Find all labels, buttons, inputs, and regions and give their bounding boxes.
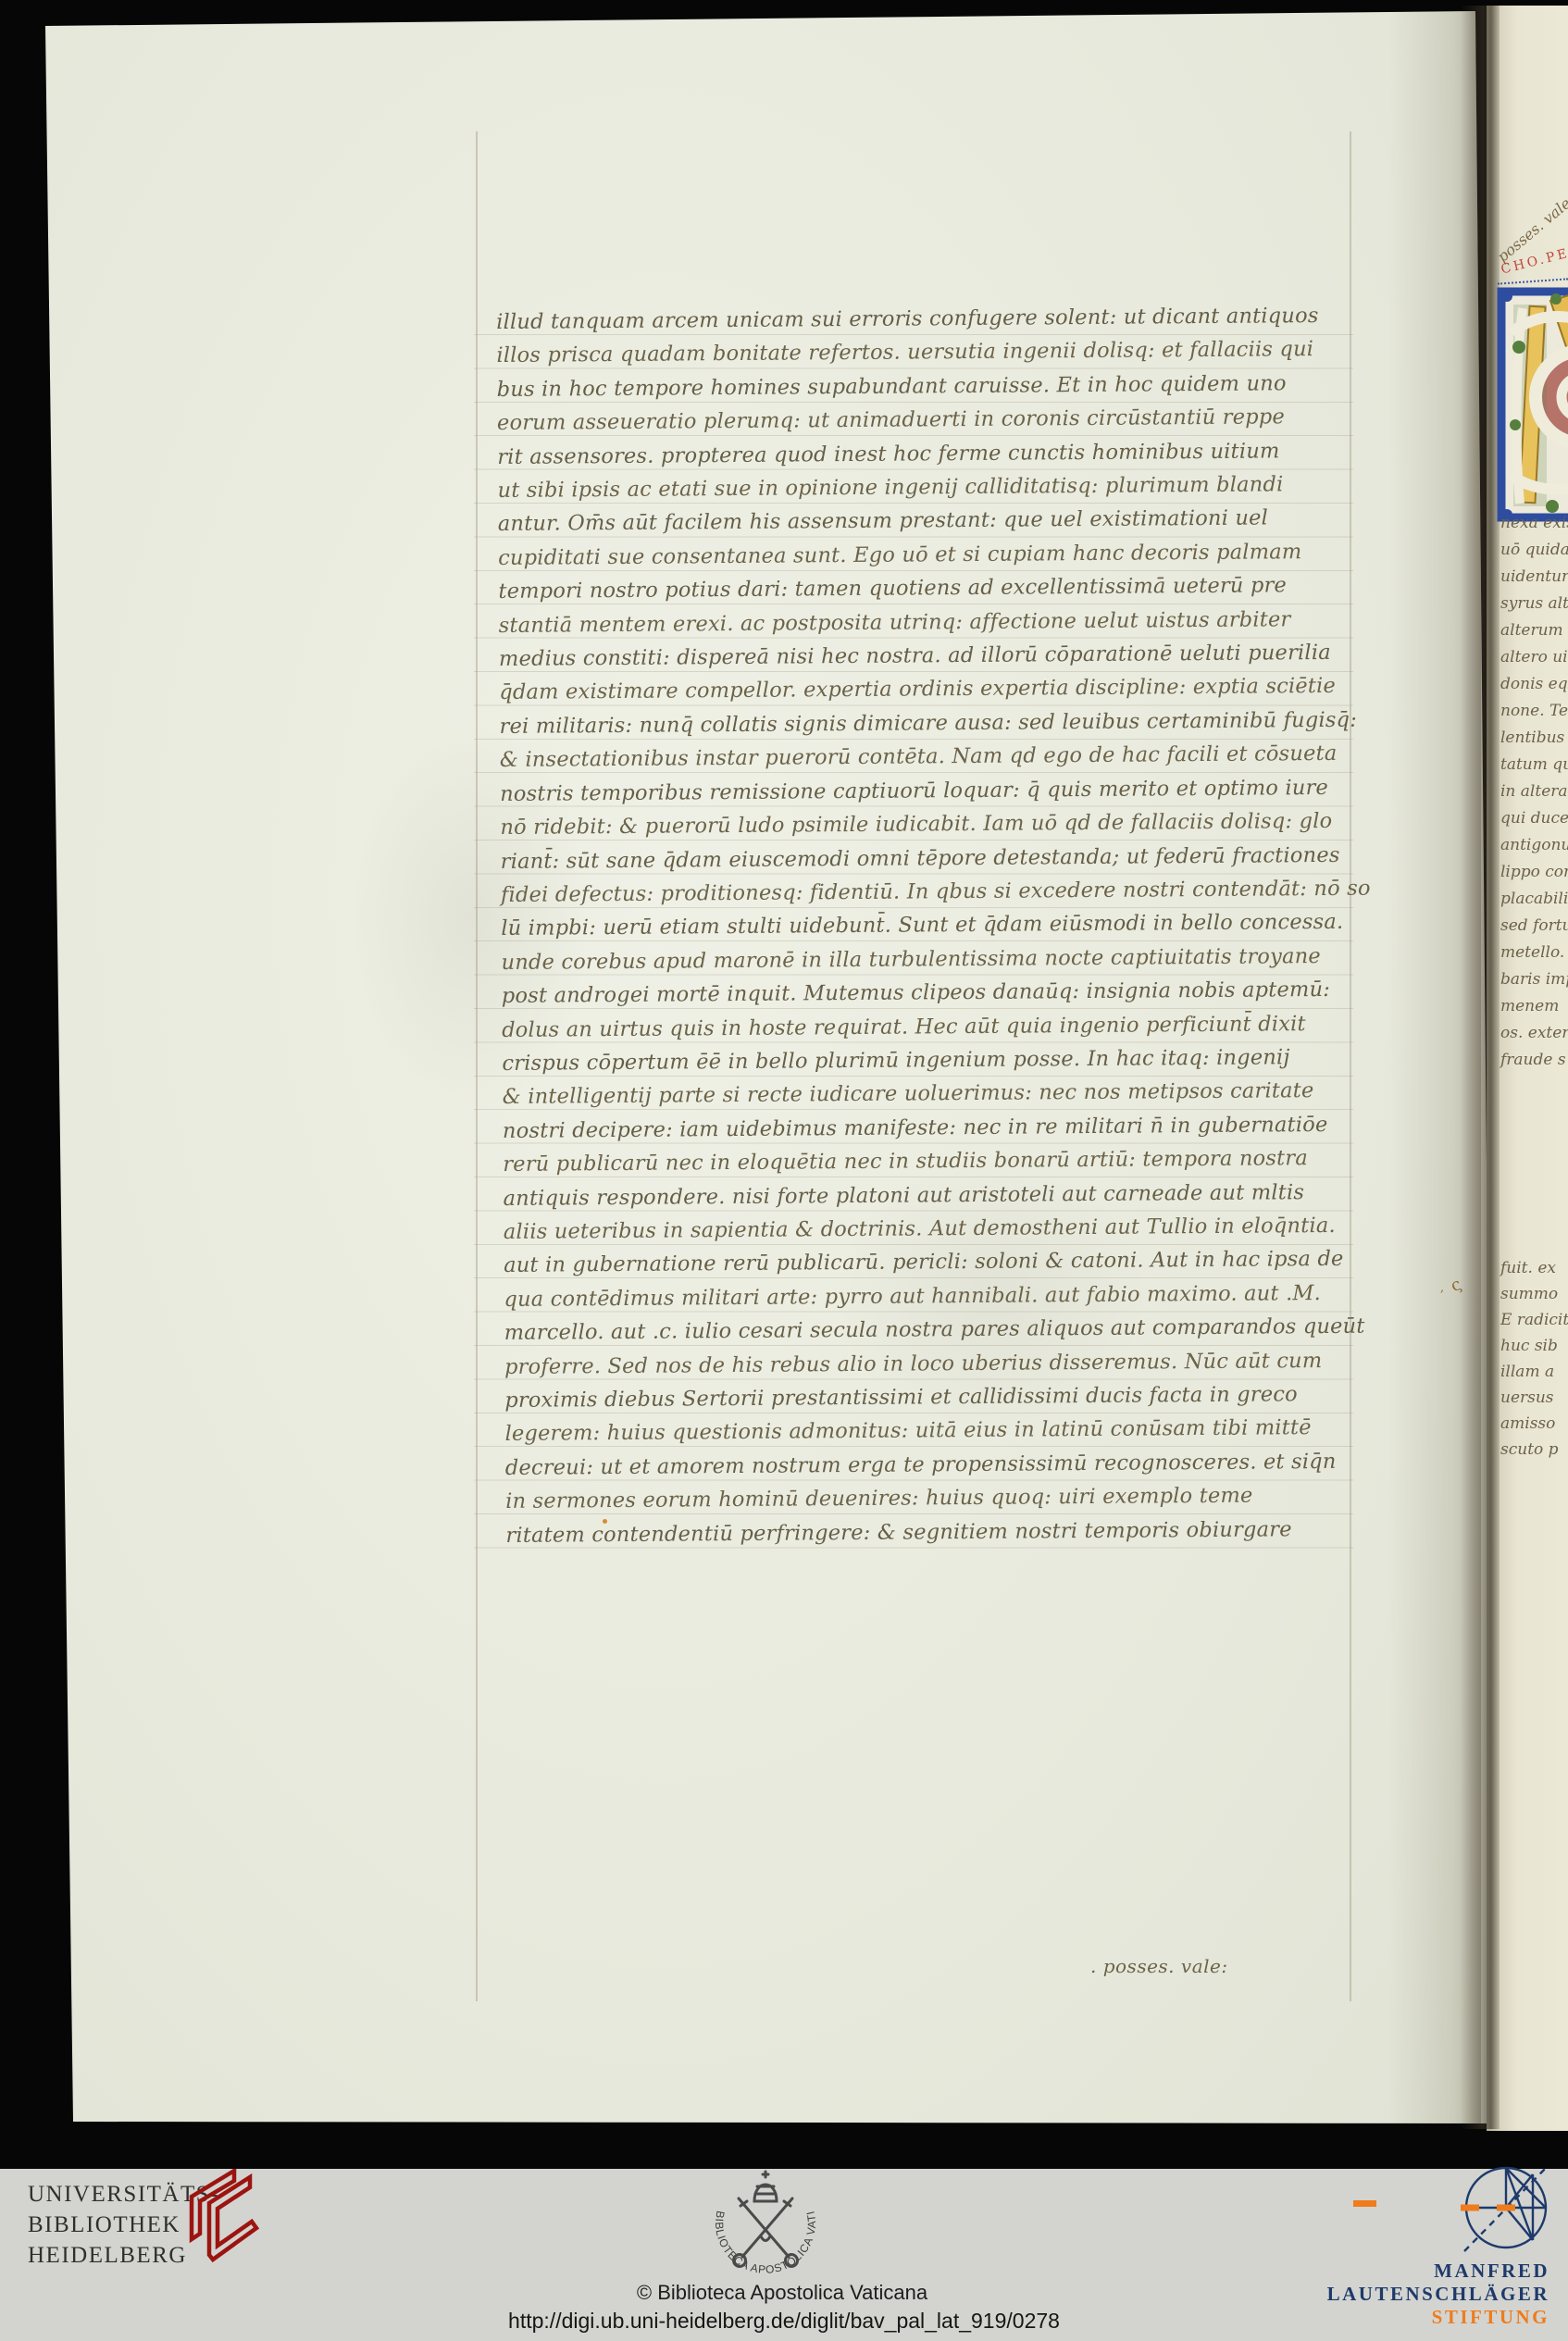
stiftung-line-3: STIFTUNG (1327, 2306, 1549, 2329)
stiftung-logo-icon (1459, 2163, 1553, 2262)
recto-line-fragment: lippo cont (1500, 859, 1568, 886)
recto-line-fragment: in altera r (1500, 778, 1568, 805)
recto-line-fragment: menem (1500, 993, 1568, 1020)
source-url: http://digi.ub.uni-heidelberg.de/diglit/… (508, 2309, 1060, 2334)
manuscript-line: ritatem contendentiū perfringere: & segn… (505, 1512, 1366, 1552)
illuminated-initial-art (1497, 286, 1568, 525)
recto-line-fragment: scuto p (1500, 1437, 1568, 1463)
recto-line-fragment: nexa exist (1500, 510, 1568, 537)
binding-gutter (1461, 6, 1500, 2129)
recto-line-fragment: placabilio (1500, 886, 1568, 913)
recto-line-fragment: alterum a (1500, 617, 1568, 644)
recto-line-fragment: uidentur (1500, 564, 1568, 591)
recto-line-fragment: qui ducet (1500, 805, 1568, 832)
manuscript-text-block: illud tanquam arcem unicam sui erroris c… (496, 299, 1367, 1552)
recto-line-fragment: syrus alte (1500, 591, 1568, 617)
stiftung-line-2: LAUTENSCHLÄGER (1327, 2283, 1549, 2306)
recto-text-fragments-upper: nexa existuō quidamuidentursyrus altealt… (1500, 510, 1568, 1074)
recto-line-fragment: uersus (1500, 1385, 1568, 1411)
pen-flourish-comma: , (1440, 1281, 1444, 1295)
scanned-manuscript-viewer: illud tanquam arcem unicam sui erroris c… (0, 0, 1568, 2341)
illuminated-initial (1497, 286, 1568, 525)
recto-line-fragment: lentibus m (1500, 725, 1568, 752)
stiftung-line-1: MANFRED (1327, 2260, 1549, 2283)
recto-line-fragment: huc sib (1500, 1333, 1568, 1359)
recto-line-fragment: antigonu (1500, 832, 1568, 859)
recto-line-fragment: donis eqs (1500, 671, 1568, 698)
recto-line-fragment: os. exter (1500, 1020, 1568, 1047)
recto-line-fragment: altero uic (1500, 644, 1568, 671)
recto-line-fragment: illam a (1500, 1359, 1568, 1385)
ub-heidelberg-logo-icon (179, 2169, 260, 2268)
recto-line-fragment: summo (1500, 1281, 1568, 1307)
ink-fleck (603, 1519, 607, 1524)
copyright-line: © Biblioteca Apostolica Vaticana (637, 2281, 927, 2305)
stiftung-wordmark: MANFRED LAUTENSCHLÄGER STIFTUNG (1327, 2260, 1549, 2329)
recto-line-fragment: baris imp (1500, 966, 1568, 993)
recto-line-fragment: metello. (1500, 940, 1568, 966)
recto-line-fragment: amisso (1500, 1411, 1568, 1437)
recto-text-fragments-lower: fuit. exsummoE radicitushuc sibillam aue… (1500, 1255, 1568, 1463)
vatican-library-emblem-icon: BIBLIOTECA APOSTOLICA VATICANA (696, 2168, 835, 2291)
recto-line-fragment: E radicitus (1500, 1307, 1568, 1333)
recto-line-fragment: fraude s (1500, 1047, 1568, 1074)
manuscript-page: illud tanquam arcem unicam sui erroris c… (0, 0, 1568, 2341)
recto-line-fragment: sed fortun (1500, 913, 1568, 940)
manuscript-footer-note: . posses. vale: (1090, 1955, 1228, 1977)
recto-line-fragment: uō quidam (1500, 537, 1568, 564)
orange-dash (1353, 2200, 1376, 2207)
recto-line-fragment: tatum qu (1500, 752, 1568, 778)
recto-line-fragment: none. Ter (1500, 698, 1568, 725)
recto-line-fragment: fuit. ex (1500, 1255, 1568, 1281)
left-ruling-line (476, 131, 478, 2001)
